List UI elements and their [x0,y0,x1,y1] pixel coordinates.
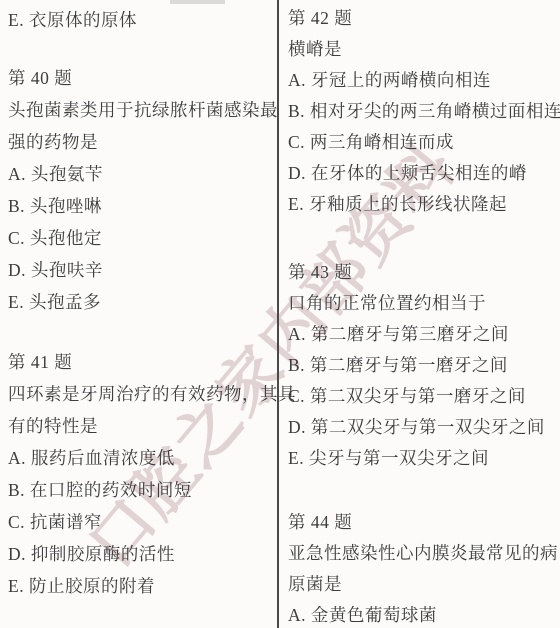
question-41-stem-line-1: 四环素是牙周治疗的有效药物，其具 [8,378,272,410]
question-40-option-d: D. 头孢呋辛 [8,254,272,286]
question-44-stem-line-1: 亚急性感染性心内膜炎最常见的病 [288,538,556,569]
question-42-option-b: B. 相对牙尖的两三角嵴横过面相连 [288,96,556,127]
question-43-block: 第 43 题 口角的正常位置约相当于 A. 第二磨牙与第三磨牙之间 B. 第二磨… [288,257,556,474]
question-44-option-a: A. 金黄色葡萄球菌 [288,600,556,628]
question-41-option-b: B. 在口腔的药效时间短 [8,474,272,506]
question-41-option-d: D. 抑制胶原酶的活性 [8,538,272,570]
question-43-option-c: C. 第二双尖牙与第一磨牙之间 [288,381,556,412]
question-42-title: 第 42 题 [288,3,556,34]
question-42-option-a: A. 牙冠上的两嵴横向相连 [288,65,556,96]
question-41-option-a: A. 服药后血清浓度低 [8,442,272,474]
carryover-question-block: E. 衣原体的原体 [8,4,272,36]
question-44-stem-line-2: 原菌是 [288,569,556,600]
question-41-stem-line-2: 有的特性是 [8,410,272,442]
question-43-title: 第 43 题 [288,257,556,288]
question-42-stem-line-1: 横嵴是 [288,34,556,65]
question-43-option-b: B. 第二磨牙与第一磨牙之间 [288,350,556,381]
question-43-option-e: E. 尖牙与第一双尖牙之间 [288,443,556,474]
question-43-option-d: D. 第二双尖牙与第一双尖牙之间 [288,412,556,443]
question-40-block: 第 40 题 头孢菌素类用于抗绿脓杆菌感染最 强的药物是 A. 头孢氨苄 B. … [8,62,272,318]
column-divider [277,0,279,628]
question-40-stem-line-2: 强的药物是 [8,126,272,158]
question-40-title: 第 40 题 [8,62,272,94]
exam-question-page: { "page": { "background": "#fcfbfa", "te… [0,0,560,628]
question-41-block: 第 41 题 四环素是牙周治疗的有效药物，其具 有的特性是 A. 服药后血清浓度… [8,346,272,602]
question-44-title: 第 44 题 [288,507,556,538]
question-40-option-b: B. 头孢唑啉 [8,190,272,222]
question-40-option-a: A. 头孢氨苄 [8,158,272,190]
question-42-block: 第 42 题 横嵴是 A. 牙冠上的两嵴横向相连 B. 相对牙尖的两三角嵴横过面… [288,3,556,220]
question-41-option-c: C. 抗菌谱窄 [8,506,272,538]
question-44-block: 第 44 题 亚急性感染性心内膜炎最常见的病 原菌是 A. 金黄色葡萄球菌 [288,507,556,628]
question-40-option-c: C. 头孢他定 [8,222,272,254]
question-40-option-e: E. 头孢孟多 [8,286,272,318]
option-e-carryover: E. 衣原体的原体 [8,4,272,36]
question-43-stem-line-1: 口角的正常位置约相当于 [288,288,556,319]
question-41-option-e: E. 防止胶原的附着 [8,570,272,602]
question-43-option-a: A. 第二磨牙与第三磨牙之间 [288,319,556,350]
question-40-stem-line-1: 头孢菌素类用于抗绿脓杆菌感染最 [8,94,272,126]
question-42-option-c: C. 两三角嵴相连而成 [288,127,556,158]
question-42-option-d: D. 在牙体的上颊舌尖相连的嵴 [288,158,556,189]
question-42-option-e: E. 牙釉质上的长形线状隆起 [288,189,556,220]
question-41-title: 第 41 题 [8,346,272,378]
